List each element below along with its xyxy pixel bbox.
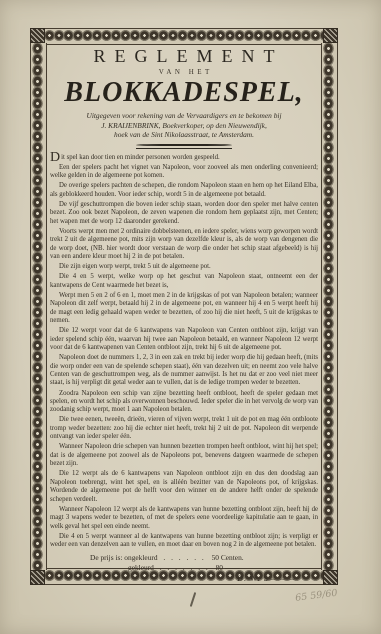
price-line-uncolored: De prijs is: ongekleurd . . . . . . 50 C… [90, 553, 318, 563]
price-block: De prijs is: ongekleurd . . . . . . 50 C… [50, 553, 318, 573]
border-left-band [30, 43, 47, 570]
divider-rule-thick-line [136, 144, 232, 147]
page-title: REGLEMENT [50, 46, 318, 66]
border-corner-bottom-left [30, 570, 45, 585]
rule-paragraph-text: it spel kan door tien en minder personen… [61, 154, 220, 161]
dot-leader: . . . . . . . [160, 563, 210, 572]
rule-paragraph: Een der spelers pacht het vignet van Nap… [50, 164, 318, 181]
imprint-line-1: Uitgegeven voor rekening van de Vervaard… [50, 111, 318, 121]
main-title: BLOKKADESPEL, [50, 77, 318, 108]
drop-cap: D [50, 150, 60, 165]
rule-paragraph: Die 12 werpt voor dat de 6 kantwapens va… [50, 327, 318, 352]
author-signature: D. W. S——— [50, 574, 318, 583]
divider-rule-thin-line [136, 148, 232, 149]
border-corner-top-right [323, 28, 338, 43]
imprint-block: Uitgegeven voor rekening van de Vervaard… [50, 111, 318, 140]
scanned-document-page: REGLEMENT VAN HET BLOKKADESPEL, Uitgegev… [0, 0, 381, 634]
rule-paragraph: Werpt men 5 en 2 of 6 en 1, moet men 2 i… [50, 292, 318, 326]
border-top-band [45, 28, 323, 45]
document-content: REGLEMENT VAN HET BLOKKADESPEL, Uitgegev… [50, 46, 318, 570]
rule-paragraph: De vijf geschuttrompen die boven ieder s… [50, 201, 318, 226]
rule-paragraph: Die 12 werpt als de 6 kantwapens van Nap… [50, 470, 318, 504]
imprint-line-3: hoek van de Sint Nikolaasstraat, te Amst… [50, 130, 318, 140]
imprint-line-2: J. KRAIJENBRINK, Boekverkoper, op den Ni… [50, 121, 318, 131]
rules-text: Dit spel kan door tien en minder persone… [50, 154, 318, 550]
rule-paragraph: Wanneer Napoleon drie schepen van hunnen… [50, 443, 318, 468]
rule-paragraph: Die 4 en 5 werpt, welke worp op het gesc… [50, 273, 318, 290]
rule-paragraph: Die zijn eigen worp werpt, trekt 5 uit d… [50, 263, 318, 271]
price-label-uncolored: ongekleurd [124, 553, 157, 562]
rule-paragraph: Dit spel kan door tien en minder persone… [50, 154, 318, 162]
price-line-colored: gekleurd . . . . . . . 80 —— [128, 563, 318, 573]
rule-paragraph: Wanneer Napoleon 12 werpt als de kantwap… [50, 506, 318, 531]
border-corner-top-left [30, 28, 45, 43]
rule-paragraph: De overige spelers pachten de schepen, d… [50, 182, 318, 199]
page-subtitle: VAN HET [50, 68, 318, 76]
dot-leader: . . . . . . [163, 553, 205, 562]
border-corner-bottom-right [323, 570, 338, 585]
price-value-colored: 80 —— [216, 563, 240, 572]
rule-paragraph: Napoleon doet de nummers 1, 2, 3 in een … [50, 354, 318, 388]
rule-paragraph: Die twee eenen, tweeën, drieën, vieren o… [50, 416, 318, 441]
price-value-uncolored: 50 Centen. [212, 553, 244, 562]
divider-rule [136, 144, 232, 149]
price-intro: De prijs is: [90, 553, 122, 562]
border-right-band [321, 43, 338, 570]
rule-paragraph: Zoodra Napoleon een schip van zijne beze… [50, 390, 318, 415]
rule-paragraph: Voorts werpt men met 2 ordinaire dobbels… [50, 228, 318, 262]
rule-paragraph: Die 4 en 5 werpt wanneer al de kantwapen… [50, 533, 318, 550]
pen-mark [190, 592, 197, 607]
price-label-colored: gekleurd [128, 563, 154, 572]
pencil-inscription: 65 59/60 [295, 583, 376, 604]
